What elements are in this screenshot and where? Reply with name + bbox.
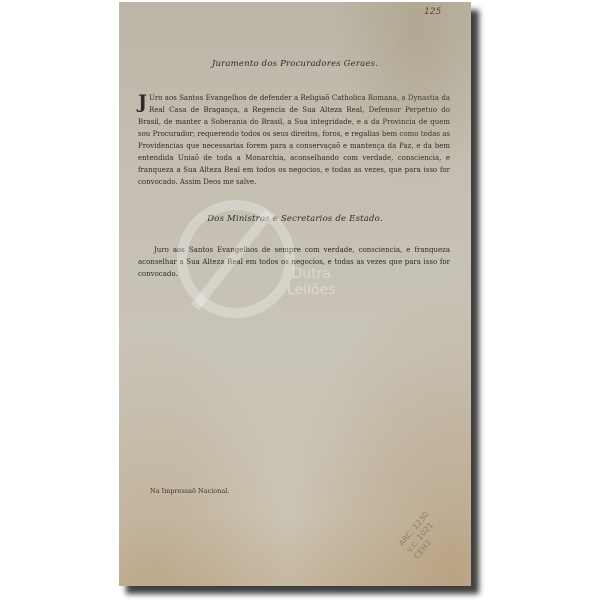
drop-cap: J: [138, 93, 147, 111]
imprint-line: Na Impressaõ Nacional.: [150, 487, 229, 495]
oath-text-procuradores: Uro aos Santos Evangelhos de defender a …: [138, 94, 450, 186]
pencil-annotations: ARC. 1230 v.c. 1021 CEH3: [397, 510, 447, 561]
section-title-ministros: Dos Ministros e Secretarios de Estado.: [119, 214, 471, 224]
oath-paragraph-procuradores: J Uro aos Santos Evangelhos de defender …: [138, 92, 450, 188]
page-number: 125: [424, 7, 441, 17]
section-title-procuradores: Juramento dos Procuradores Geraes.: [119, 59, 471, 69]
document-page: 125 Juramento dos Procuradores Geraes. J…: [119, 2, 471, 586]
watermark-text: Dutra Leilões: [287, 266, 335, 298]
watermark-logo-icon: [177, 200, 295, 318]
